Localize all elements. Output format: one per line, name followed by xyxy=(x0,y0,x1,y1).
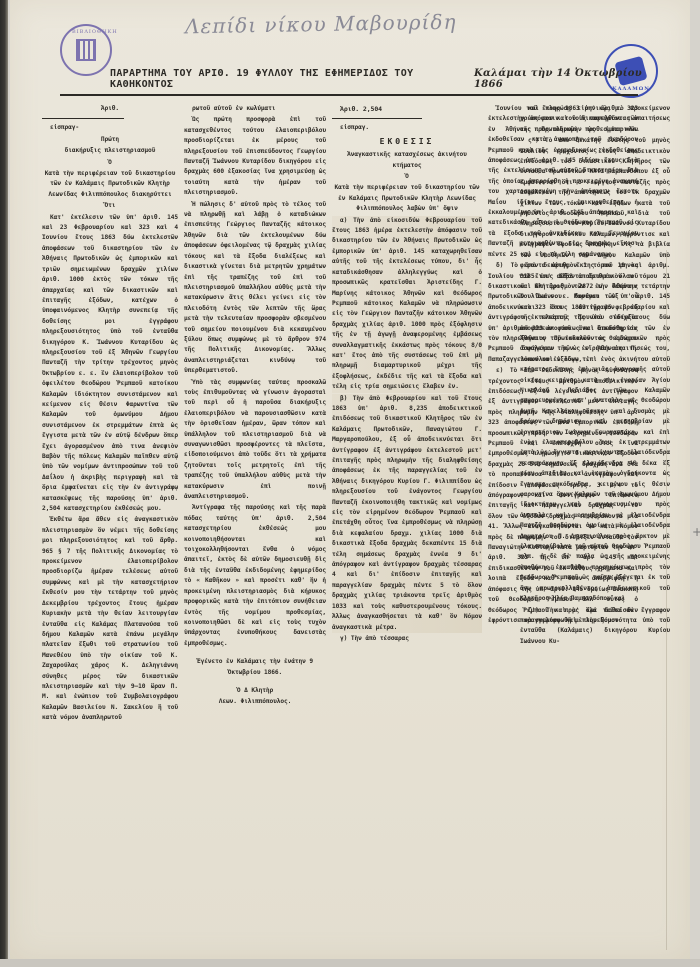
stamp-left-text: ΒΙΒΛΙΟΘΗΚΗ xyxy=(72,29,118,35)
col4-paragraph-f: ς') Τὸ ἀπὸ δεκάτης ἐνάτης τοῦ μηνὸς Ἰουλ… xyxy=(520,136,670,604)
handwritten-note: Λεπίδι νίκου Μαβουρίδη xyxy=(185,10,457,39)
col1-intro: Κατὰ τὴν περιφέρειαν τοῦ δικαστηρίου τῶν… xyxy=(42,169,178,200)
col3-intro: Κατὰ τὴν περιφέρειαν τοῦ δικαστηρίου τῶν… xyxy=(332,183,482,214)
column-3-report: Ἀριθ. 2,504 εἰσπραγ. ΕΚΘΕΣΙΣ Ἀναγκαστικῆ… xyxy=(332,104,482,934)
col3-subheader: εἰσπραγ. xyxy=(332,123,482,133)
masthead: ΠΑΡΑΡΤΗΜΑ ΤΟΥ ΑΡΙΘ. 19 ΦΥΛΛΟΥ ΤΗΣ ΕΦΗΜΕΡ… xyxy=(110,68,670,90)
col4-paragraph-z: ζ') Τὴν πρὸς ἐμὲ δοθεῖσαν ἔγγραφον παραγ… xyxy=(520,606,670,648)
col1-rule xyxy=(42,118,124,119)
col2-closing: Ἐγένετο ἐν Καλάμαις τὴν ἐνάτην 9 Ὀκτωβρί… xyxy=(184,657,326,678)
col3-subtitle: Ἀναγκαστικῆς κατασχέσεως ἀκινήτου κτήματ… xyxy=(332,150,482,171)
column-1-proclamation: Ἀριθ. εἰσπραγ- Πρώτη διακήρυξις πλειστηρ… xyxy=(42,104,178,934)
col1-oti: Ὅτι xyxy=(42,201,178,211)
stamp-building-icon xyxy=(76,39,96,61)
col1-paragraph-2: Ἐκθέτω ἄρα ἄθεν εἰς ἀναγκαστικὸν πλειστη… xyxy=(42,515,178,723)
col2-paragraph-2: Ὡς πρώτη προσφορὰ ἐπὶ τοῦ κατασχεθέντος … xyxy=(184,115,326,198)
col3-rule xyxy=(332,118,422,119)
col3-paragraph-a: α) Τὴν ἀπὸ εἰκοσιδύω Φεβρουαρίου τοῦ ἔτο… xyxy=(332,216,482,393)
scan-left-edge xyxy=(0,0,8,967)
newspaper-page: Λεπίδι νίκου Μαβουρίδη ΒΙΒΛΙΟΘΗΚΗ ΚΑΛΑΜΩ… xyxy=(10,0,690,960)
masthead-title: ΠΑΡΑΡΤΗΜΑ ΤΟΥ ΑΡΙΘ. 19 ΦΥΛΛΟΥ ΤΗΣ ΕΦΗΜΕΡ… xyxy=(110,68,474,90)
col1-title-proclamation: διακήρυξις πλειστηριασμοῦ xyxy=(42,146,178,156)
scan-bottom-edge xyxy=(0,959,700,967)
pencil-cross-mark: + xyxy=(692,525,700,539)
col2-signature-title: Ὁ Δ Κλητὴρ xyxy=(184,686,326,696)
col1-title-o: Ὁ xyxy=(42,158,178,168)
col2-paragraph-1: ρωτοῦ αὐτοῦ ἐν κωλύματι xyxy=(184,104,326,114)
col3-number-label: Ἀριθ. 2,504 xyxy=(332,104,482,114)
col4-paragraph-1: καὶ πληρώσῃ εἰρηνικῶς τὸ προκείμενον χρέ… xyxy=(520,104,670,135)
masthead-date: Καλάμαι τὴν 14 Ὀκτωβρίου 1866 xyxy=(474,68,670,90)
column-5-report-cont: καὶ πληρώσῃ εἰρηνικῶς τὸ προκείμενον χρέ… xyxy=(520,104,670,934)
col2-paragraph-5: Ἀντίγραφα τῆς παρούσης καὶ τῆς παρὰ πόδα… xyxy=(184,503,326,649)
col3-o-mark: Ὁ xyxy=(332,172,482,182)
column-2-proclamation-cont: ρωτοῦ αὐτοῦ ἐν κωλύματι Ὡς πρώτη προσφορ… xyxy=(184,104,326,934)
col3-paragraph-c: γ) Τὴν ἀπὸ τέσσαρας xyxy=(332,634,482,644)
col2-signature-name: Λεων. Φιλιππόπουλος. xyxy=(184,697,326,707)
col2-paragraph-4: Ὑπὸ τὰς συμφωνίας ταύτας προσκαλῶ τοὺς ἐ… xyxy=(184,378,326,503)
col2-paragraph-3: Ἡ πώλησις δ' αὐτοῦ πρὸς τὸ τέλος τοῦ νὰ … xyxy=(184,200,326,377)
col3-paragraph-b: β) Τὴν ἀπὸ Φεβρουαρίου καὶ τοῦ ἔτους 186… xyxy=(332,394,482,633)
library-stamp-left-icon: ΒΙΒΛΙΟΘΗΚΗ xyxy=(60,24,112,76)
col1-title-first: Πρώτη xyxy=(42,135,178,145)
paper-fold-line xyxy=(666,250,667,950)
masthead-rule xyxy=(60,94,638,96)
col1-number-label: Ἀριθ. xyxy=(42,104,178,114)
col1-paragraph-1: Κατ' ἐκτέλεσιν τῶν ὑπ' ἀριθ. 145 καὶ 23 … xyxy=(42,213,178,515)
col1-subheader: εἰσπραγ- xyxy=(42,123,178,133)
col3-heading: ΕΚΘΕΣΙΣ xyxy=(332,137,482,147)
